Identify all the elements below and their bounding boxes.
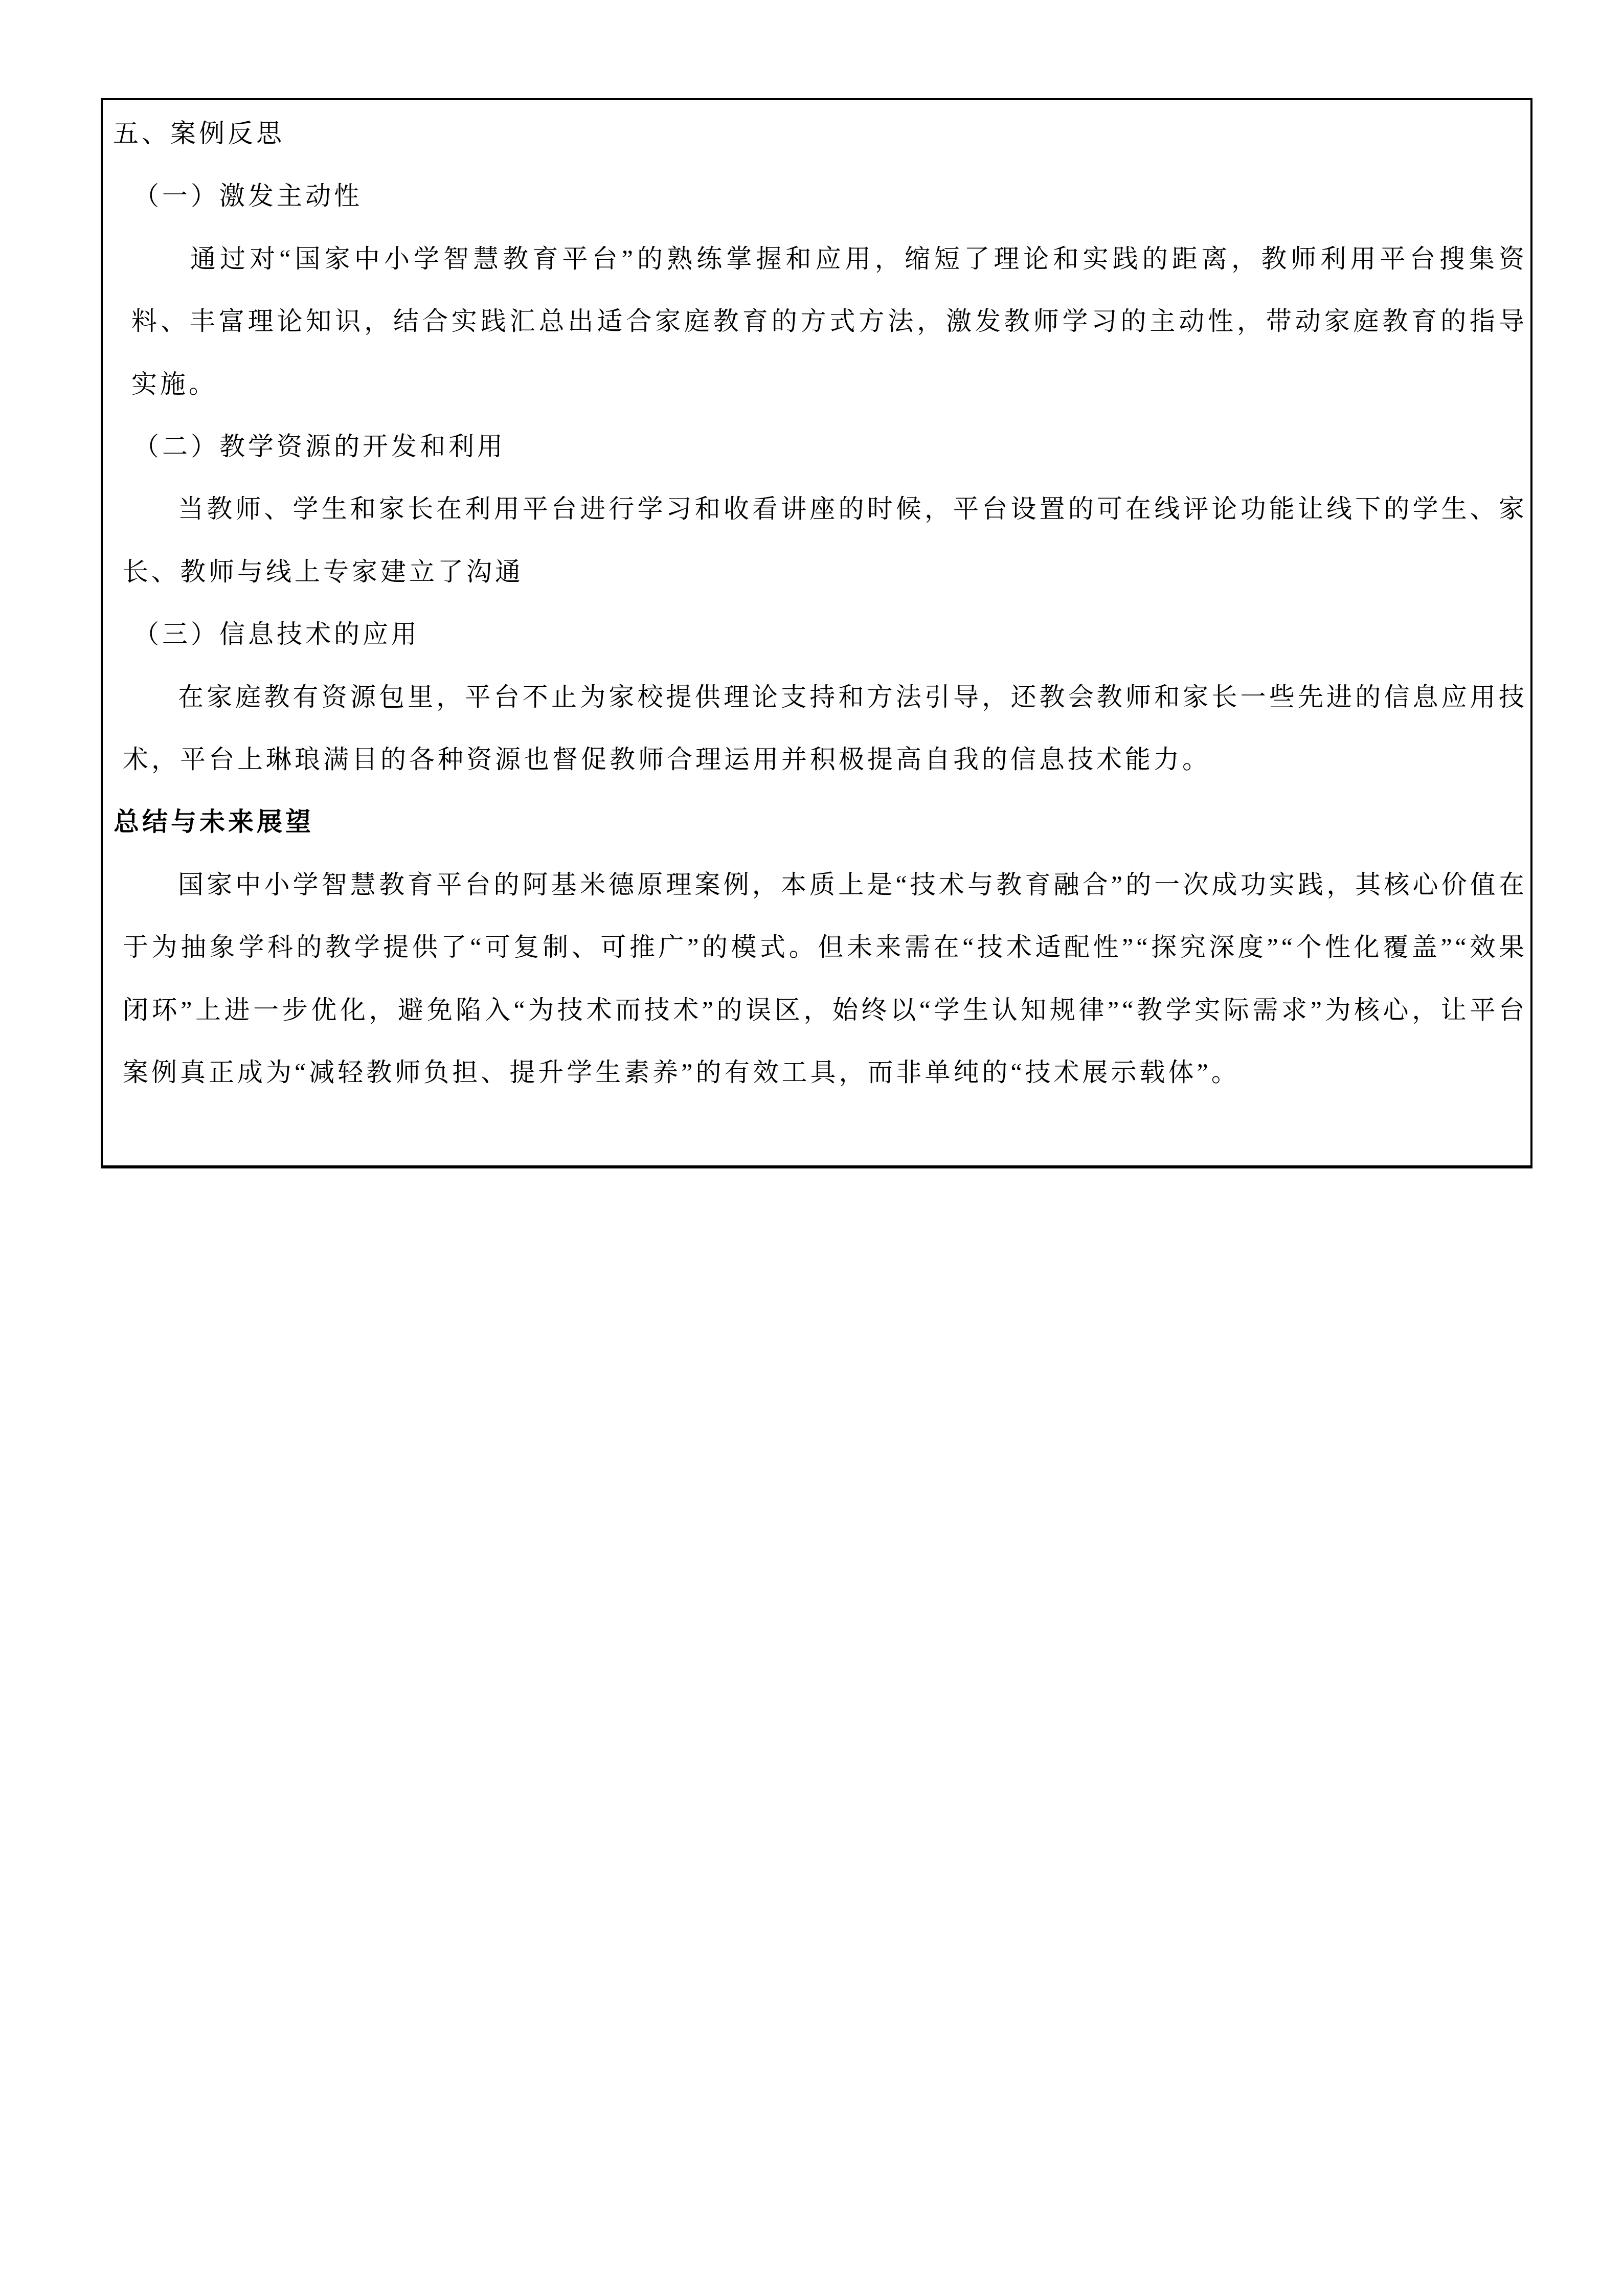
subsection-paragraph-2: 当教师、学生和家长在利用平台进行学习和收看讲座的时候，平台设置的可在线评论功能让… xyxy=(123,478,1527,603)
summary-heading: 总结与未来展望 xyxy=(114,791,1526,853)
subsection-paragraph-3: 在家庭教有资源包里，平台不止为家校提供理论支持和方法引导，还教会教师和家长一些先… xyxy=(123,666,1527,791)
subsection-heading-1: （一）激发主动性 xyxy=(133,165,1526,227)
subsection-heading-3: （三）信息技术的应用 xyxy=(133,603,1526,665)
subsection-heading-2: （二）教学资源的开发和利用 xyxy=(133,415,1526,478)
subsection-paragraph-1: 通过对“国家中小学智慧教育平台”的熟练掌握和应用，缩短了理论和实践的距离，教师利… xyxy=(131,228,1527,415)
case-reflection-table-cell: 五、案例反思 （一）激发主动性 通过对“国家中小学智慧教育平台”的熟练掌握和应用… xyxy=(101,98,1532,1168)
summary-paragraph: 国家中小学智慧教育平台的阿基米德原理案例，本质上是“技术与教育融合”的一次成功实… xyxy=(123,853,1527,1104)
document-page: { "document": { "section_title": "五、案例反思… xyxy=(0,0,1623,2296)
section-title: 五、案例反思 xyxy=(113,102,1526,165)
